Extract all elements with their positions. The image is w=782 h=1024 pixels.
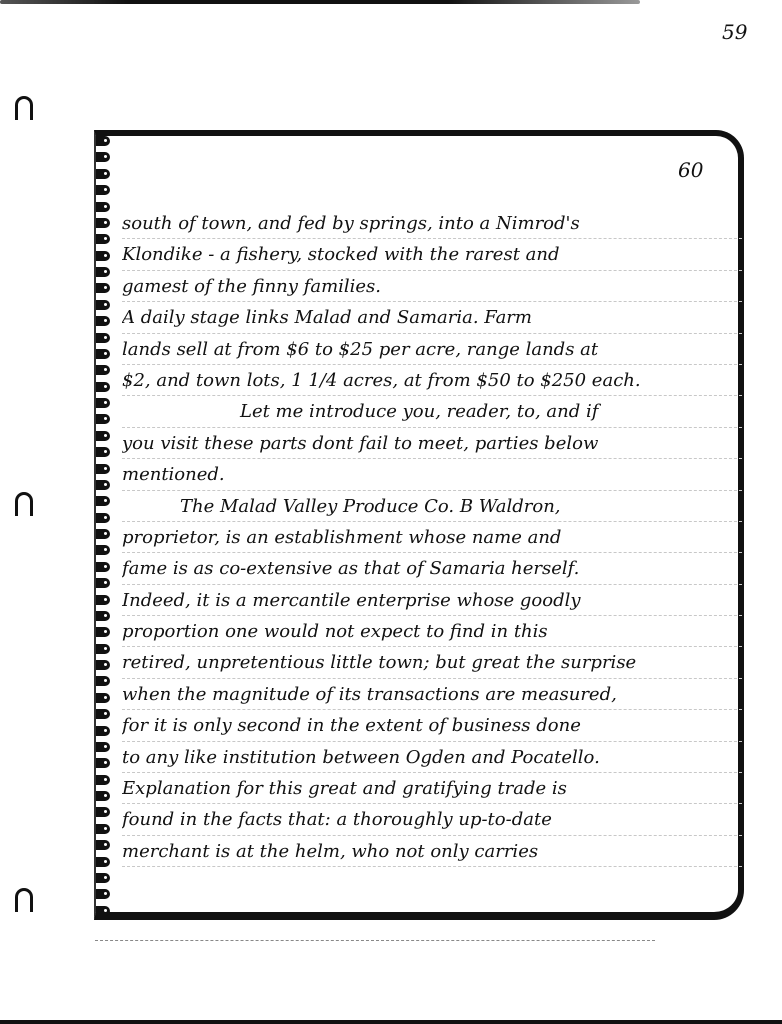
text-line: to any like institution between Ogden an… xyxy=(122,742,742,773)
spiral-coil-icon xyxy=(96,824,110,834)
spiral-coil-icon xyxy=(96,333,110,343)
spiral-coil-icon xyxy=(96,873,110,883)
spiral-coil-icon xyxy=(96,578,110,588)
text-line: proprietor, is an establishment whose na… xyxy=(122,522,742,553)
binder-hole-icon xyxy=(15,96,33,120)
spiral-coil-icon xyxy=(96,283,110,293)
page-edge-shadow xyxy=(95,938,655,941)
handwritten-text: south of town, and fed by springs, into … xyxy=(122,208,742,867)
spiral-coil-icon xyxy=(96,267,110,277)
text-line: gamest of the finny families. xyxy=(122,271,742,302)
spiral-coil-icon xyxy=(96,513,110,523)
binder-hole-icon xyxy=(15,492,33,516)
text-line: fame is as co-extensive as that of Samar… xyxy=(122,553,742,584)
spiral-coil-icon xyxy=(96,611,110,621)
spiral-coil-icon xyxy=(96,218,110,228)
spiral-coil-icon xyxy=(96,464,110,474)
spiral-coil-icon xyxy=(96,431,110,441)
text-line: proportion one would not expect to find … xyxy=(122,616,742,647)
text-line: Let me introduce you, reader, to, and if xyxy=(122,396,742,427)
text-line: when the magnitude of its transactions a… xyxy=(122,679,742,710)
spiral-coil-icon xyxy=(96,791,110,801)
spiral-coil-icon xyxy=(96,726,110,736)
spiral-coil-icon xyxy=(96,496,110,506)
spiral-coil-icon xyxy=(96,365,110,375)
spiral-coil-icon xyxy=(96,775,110,785)
text-line: A daily stage links Malad and Samaria. F… xyxy=(122,302,742,333)
spiral-coil-icon xyxy=(96,595,110,605)
spiral-coil-icon xyxy=(96,398,110,408)
spiral-coil-icon xyxy=(96,300,110,310)
outer-page-number: 59 xyxy=(722,20,747,44)
binder-hole-icon xyxy=(15,888,33,912)
text-line: merchant is at the helm, who not only ca… xyxy=(122,836,742,867)
spiral-coil-icon xyxy=(96,202,110,212)
text-line: south of town, and fed by springs, into … xyxy=(122,208,742,239)
scan-top-edge xyxy=(0,0,640,4)
spiral-coil-icon xyxy=(96,234,110,244)
spiral-coil-icon xyxy=(96,758,110,768)
spiral-coil-icon xyxy=(96,807,110,817)
spiral-coil-icon xyxy=(96,644,110,654)
text-line: mentioned. xyxy=(122,459,742,490)
scan-bottom-edge xyxy=(0,1020,782,1024)
spiral-coil-icon xyxy=(96,349,110,359)
inner-page-number: 60 xyxy=(678,158,703,182)
text-line: found in the facts that: a thoroughly up… xyxy=(122,804,742,835)
spiral-coil-icon xyxy=(96,152,110,162)
spiral-binding xyxy=(94,136,116,916)
text-line: Indeed, it is a mercantile enterprise wh… xyxy=(122,585,742,616)
spiral-coil-icon xyxy=(96,136,110,146)
spiral-coil-icon xyxy=(96,562,110,572)
spiral-coil-icon xyxy=(96,529,110,539)
text-line: Explanation for this great and gratifyin… xyxy=(122,773,742,804)
text-line: $2, and town lots, 1 1/4 acres, at from … xyxy=(122,365,742,396)
spiral-coil-icon xyxy=(96,480,110,490)
spiral-coil-icon xyxy=(96,709,110,719)
spiral-coil-icon xyxy=(96,382,110,392)
spiral-coil-icon xyxy=(96,414,110,424)
spiral-coil-icon xyxy=(96,889,110,899)
spiral-coil-icon xyxy=(96,447,110,457)
spiral-coil-icon xyxy=(96,906,110,916)
spiral-coil-icon xyxy=(96,840,110,850)
spiral-coil-icon xyxy=(96,185,110,195)
text-line: Klondike - a fishery, stocked with the r… xyxy=(122,239,742,270)
spiral-coil-icon xyxy=(96,660,110,670)
spiral-coil-icon xyxy=(96,169,110,179)
text-line: lands sell at from $6 to $25 per acre, r… xyxy=(122,334,742,365)
text-line: for it is only second in the extent of b… xyxy=(122,710,742,741)
spiral-coil-icon xyxy=(96,627,110,637)
text-line: retired, unpretentious little town; but … xyxy=(122,647,742,678)
spiral-coil-icon xyxy=(96,545,110,555)
spiral-coil-icon xyxy=(96,676,110,686)
spiral-coil-icon xyxy=(96,742,110,752)
spiral-coil-icon xyxy=(96,251,110,261)
text-line: The Malad Valley Produce Co. B Waldron, xyxy=(122,491,742,522)
spiral-coil-icon xyxy=(96,857,110,867)
spiral-coil-icon xyxy=(96,316,110,326)
spiral-coil-icon xyxy=(96,693,110,703)
text-line: you visit these parts dont fail to meet,… xyxy=(122,428,742,459)
